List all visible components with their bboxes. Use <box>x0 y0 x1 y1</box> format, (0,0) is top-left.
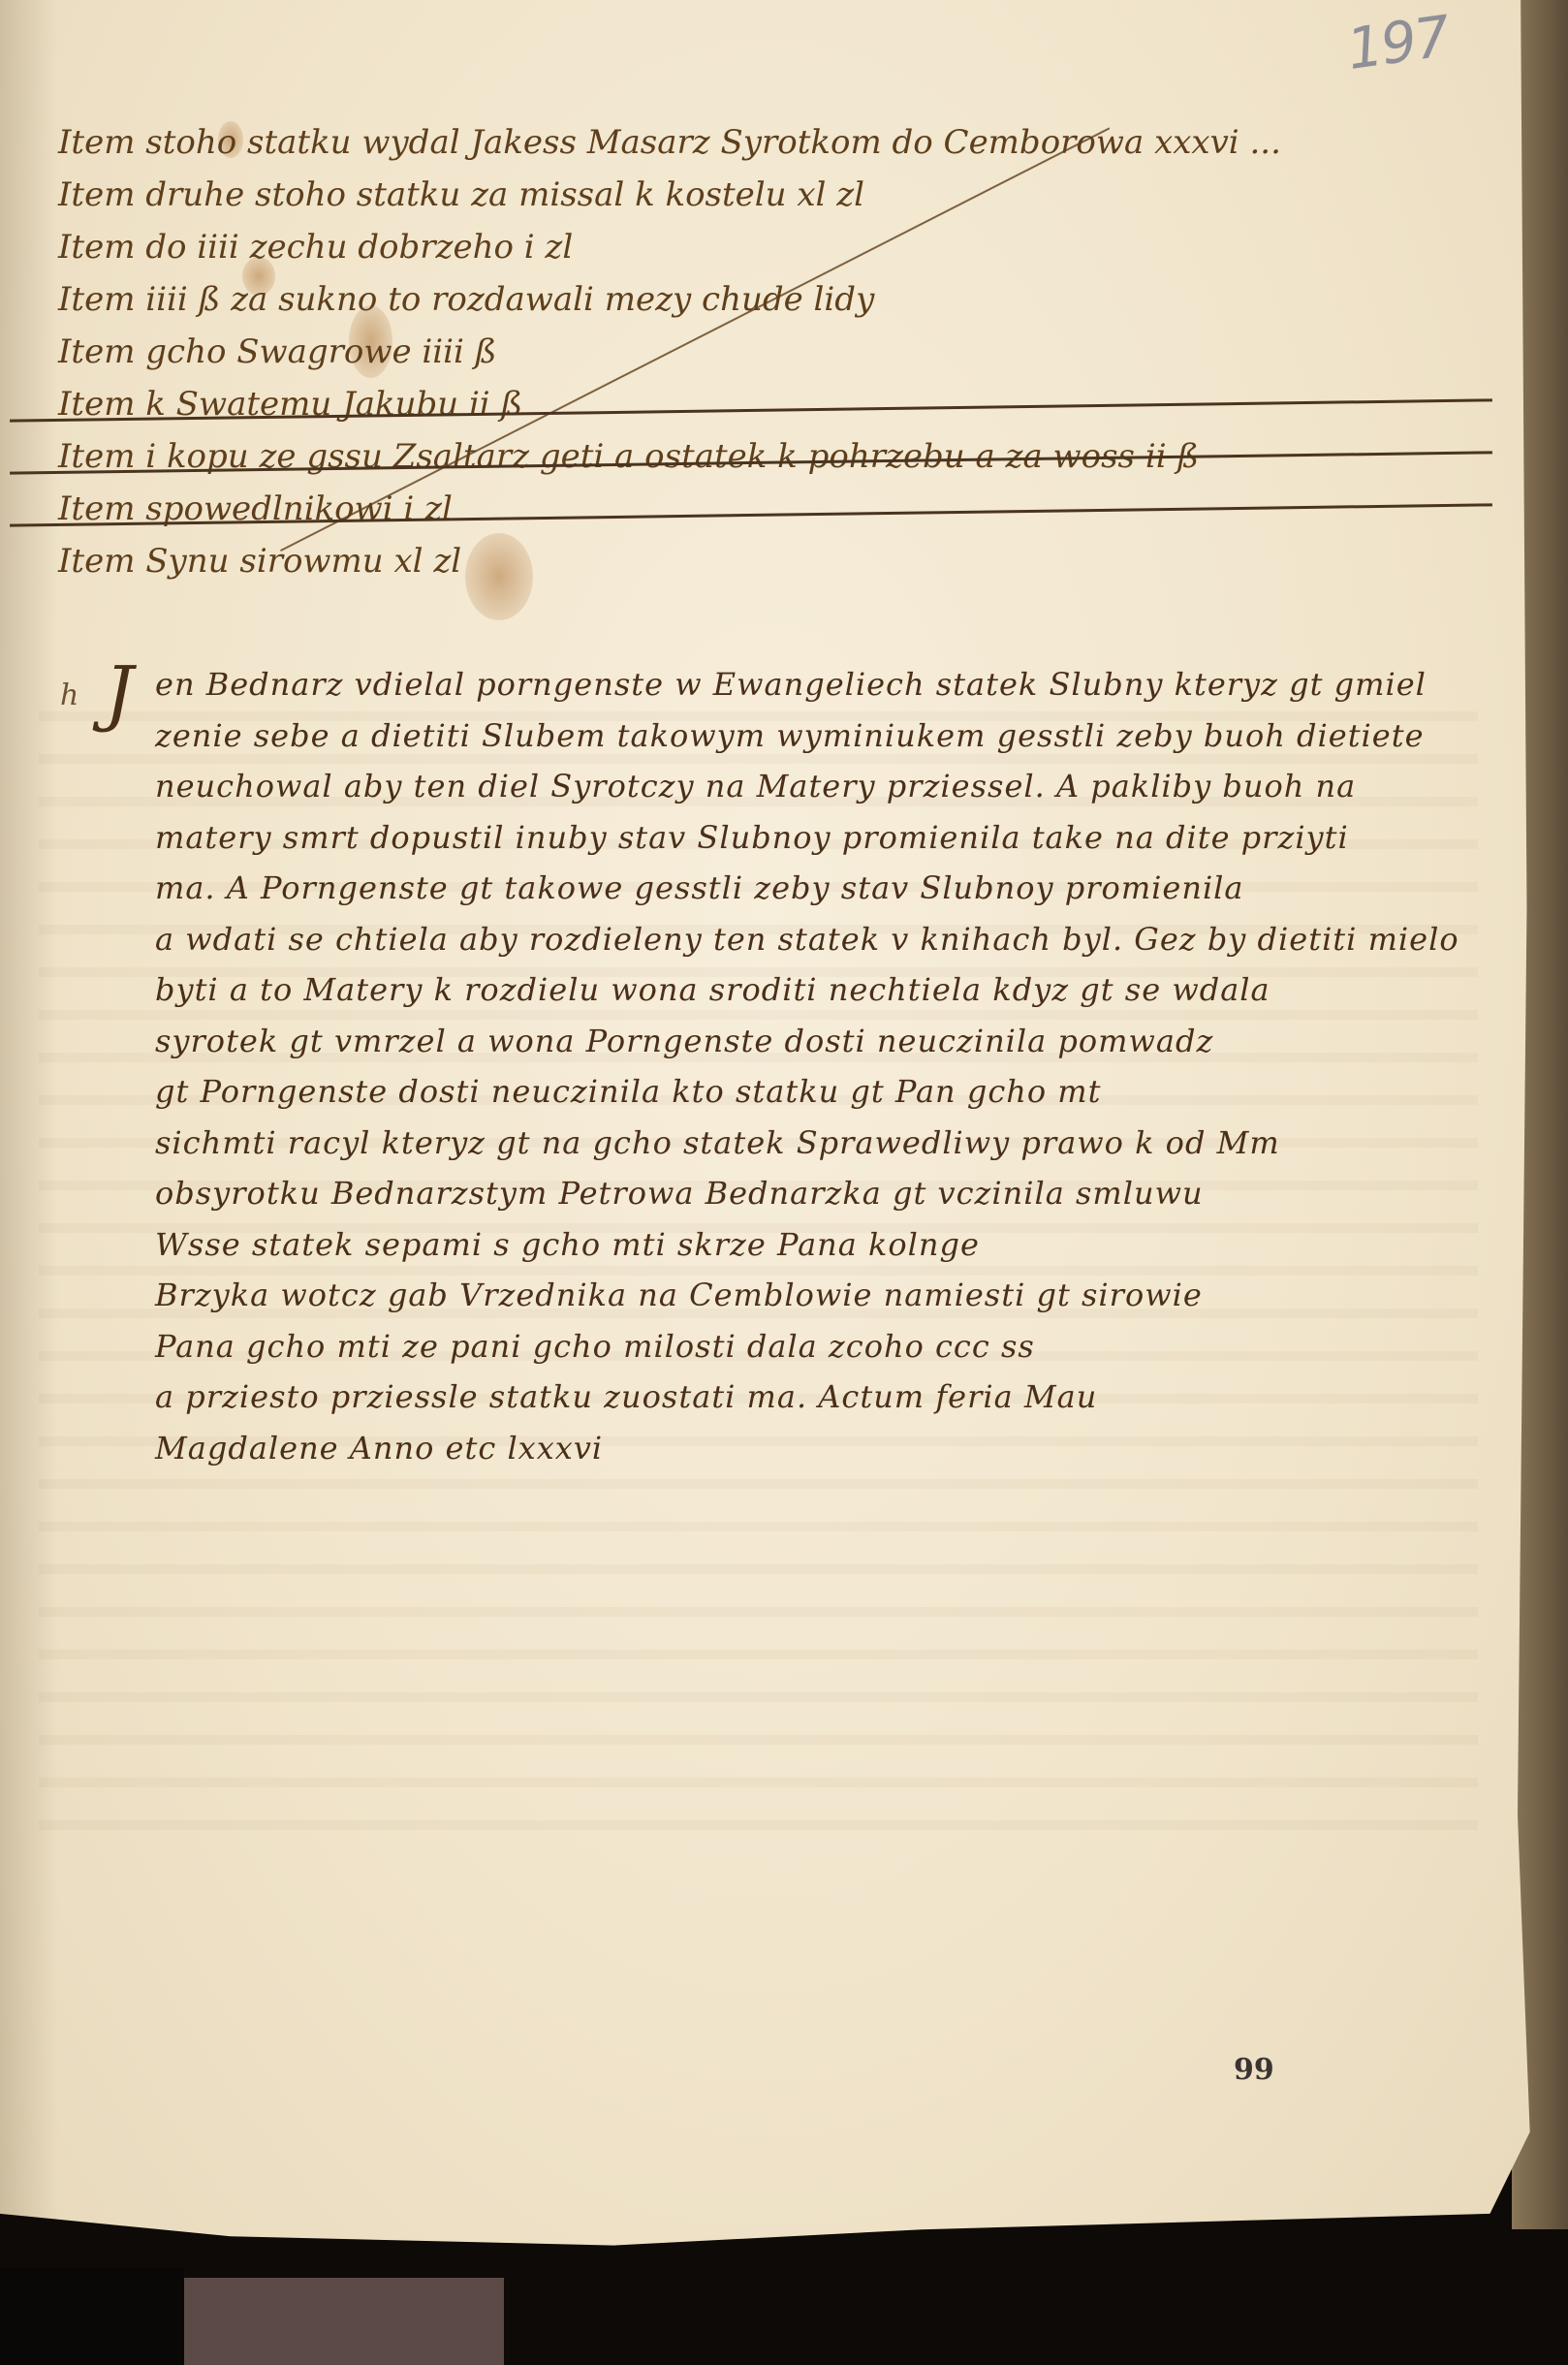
account-entry: Item Synu sirowmu xl zl <box>58 535 1492 587</box>
account-entry: Item druhe stoho statku za missal k kost… <box>58 169 1492 221</box>
paragraph-line: obsyrotku Bednarzstym Petrowa Bednarzka … <box>116 1168 1473 1219</box>
paragraph-line: a wdati se chtiela aby rozdieleny ten st… <box>116 914 1473 965</box>
folio-number: 197 <box>1343 3 1453 82</box>
account-entry-struck: Item i kopu ze gssu Zsaltarz geti a osta… <box>58 430 1492 483</box>
paragraph-line: matery smrt dopustil inuby stav Slubnoy … <box>116 812 1473 864</box>
paragraph-line: Brzyka wotcz gab Vrzednika na Cemblowie … <box>116 1270 1473 1321</box>
paragraph-line: syrotek gt vmrzel a wona Porngenste dost… <box>116 1016 1473 1067</box>
account-entries: Item stoho statku wydal Jakess Masarz Sy… <box>58 116 1492 587</box>
account-entry: Item iiii ß za sukno to rozdawali mezy c… <box>58 273 1492 326</box>
paragraph-line: byti a to Matery k rozdielu wona sroditi… <box>116 964 1473 1016</box>
cover-board-leather <box>184 2278 504 2365</box>
manuscript-page: 197 Item stoho statku wydal Jakess Masar… <box>0 0 1536 2268</box>
paragraph-line: a prziesto prziessle statku zuostati ma.… <box>116 1372 1473 1423</box>
marginal-note: h <box>60 678 78 712</box>
paragraph-line: Pana gcho mti ze pani gcho milosti dala … <box>116 1321 1473 1372</box>
paragraph-line: Wsse statek sepami s gcho mti skrze Pana… <box>116 1219 1473 1271</box>
paragraph-line: en Bednarz vdielal porngenste w Ewangeli… <box>116 659 1473 710</box>
paragraph-line: gt Porngenste dosti neuczinila kto statk… <box>116 1066 1473 1118</box>
main-paragraph: en Bednarz vdielal porngenste w Ewangeli… <box>116 659 1473 1473</box>
paragraph-line: ma. A Porngenste gt takowe gesstli zeby … <box>116 863 1473 914</box>
account-entry-struck: Item k Swatemu Jakubu ii ß <box>58 378 1492 430</box>
stamped-page-number: 99 <box>1234 2053 1274 2087</box>
paragraph-line: zenie sebe a dietiti Slubem takowym wymi… <box>116 710 1473 762</box>
account-entry: Item gcho Swagrowe iiii ß <box>58 326 1492 378</box>
paragraph-line: neuchowal aby ten diel Syrotczy na Mater… <box>116 761 1473 812</box>
cover-board <box>0 2268 184 2365</box>
paragraph-line: Magdalene Anno etc lxxxvi <box>116 1423 1473 1474</box>
paragraph-line: sichmti racyl kteryz gt na gcho statek S… <box>116 1118 1473 1169</box>
account-entry: Item stoho statku wydal Jakess Masarz Sy… <box>58 116 1492 169</box>
account-entry-struck: Item spowedlnikowi i zl <box>58 483 1492 535</box>
account-entry: Item do iiii zechu dobrzeho i zl <box>58 221 1492 273</box>
